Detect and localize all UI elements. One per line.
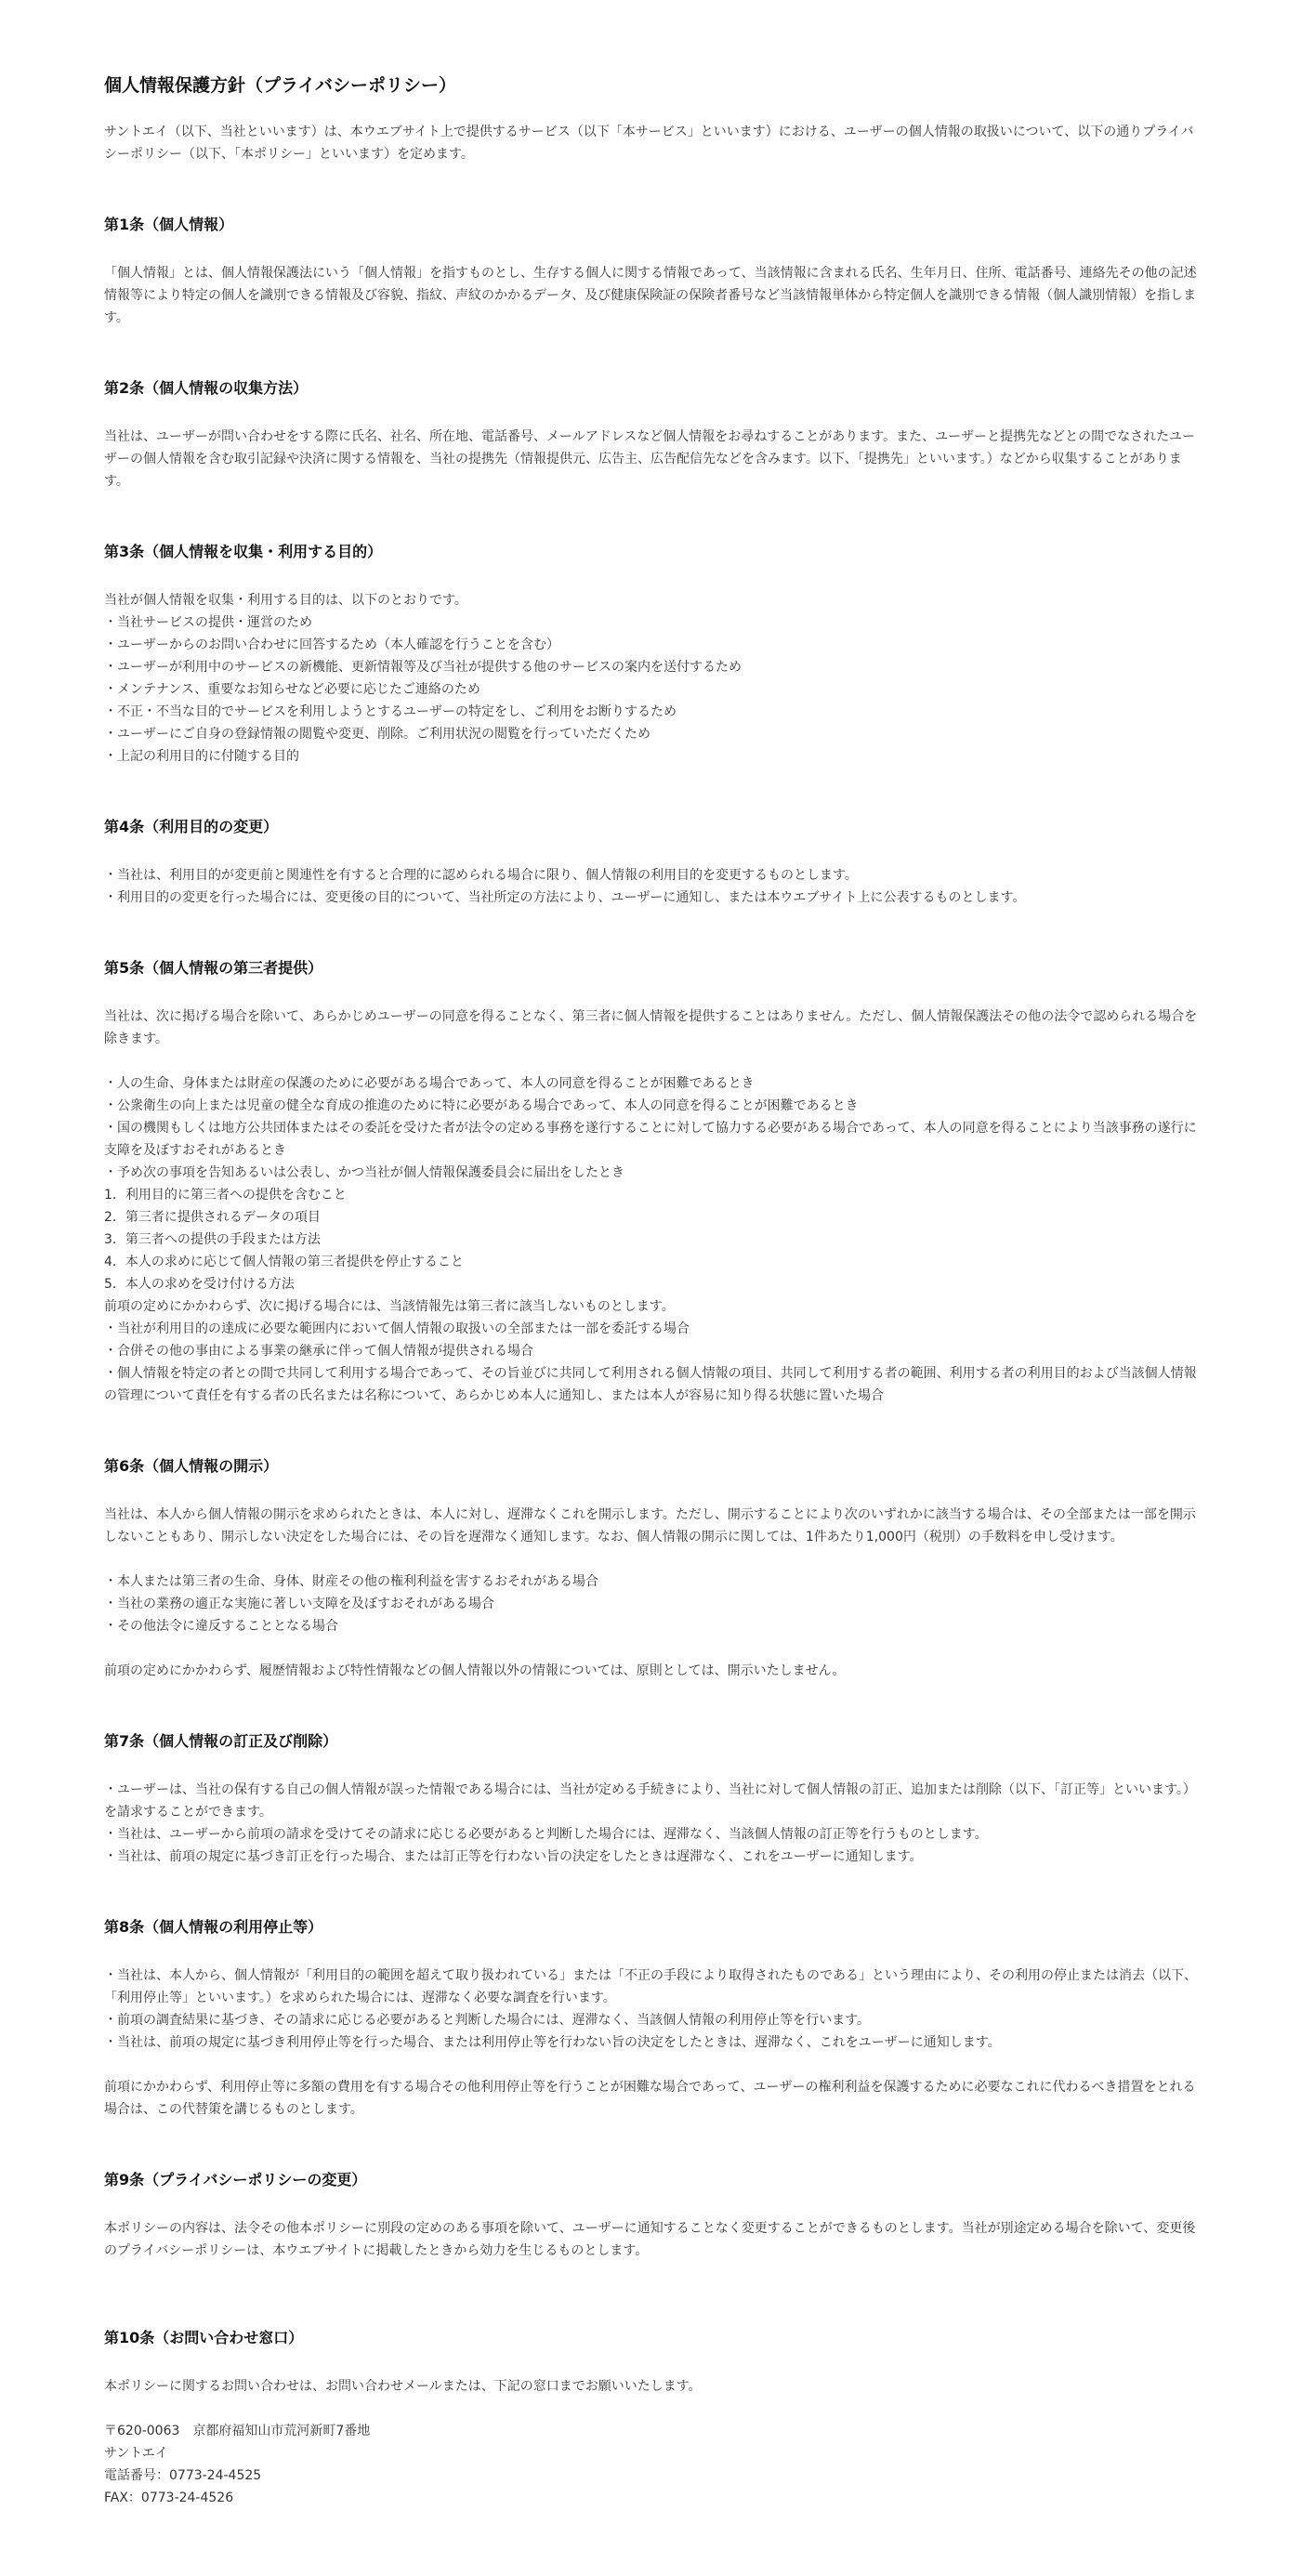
policy-section-9: 第9条（プライバシーポリシーの変更） 本ポリシーの内容は、法令その他本ポリシーに… <box>104 2169 1201 2279</box>
bullet-item: ・本人または第三者の生命、身体、財産その他の権利利益を害するおそれがある場合 <box>104 1571 1201 1593</box>
bullet-item: ・前項の調査結果に基づき、その請求に応じる必要があると判断した場合には、遅滞なく… <box>104 2009 1201 2031</box>
bullet-item: ・当社サービスの提供・運営のため <box>104 611 1201 634</box>
bullet-item: ・人の生命、身体または財産の保護のために必要がある場合であって、本人の同意を得る… <box>104 1072 1201 1095</box>
bullet-item: ・当社は、前項の規定に基づき利用停止等を行った場合、または利用停止等を行わない旨… <box>104 2031 1201 2054</box>
section-line: FAX：0773-24-4526 <box>104 2487 1201 2509</box>
blank-line <box>104 2054 1201 2076</box>
sections-container: 第1条（個人情報） 「個人情報」とは、個人情報保護法にいう「個人情報」を指すもの… <box>104 214 1201 2509</box>
bullet-item: ・ユーザーにご自身の登録情報の閲覧や変更、削除。ご利用状況の閲覧を行っていただく… <box>104 723 1201 745</box>
policy-section-5: 第5条（個人情報の第三者提供） 当社は、次に掲げる場合を除いて、あらかじめユーザ… <box>104 957 1201 1407</box>
section-body: 「個人情報」とは、個人情報保護法にいう「個人情報」を指すものとし、生存する個人に… <box>104 262 1201 329</box>
section-body: 本ポリシーに関するお問い合わせは、お問い合わせメールまたは、下記の窓口までお願い… <box>104 2375 1201 2509</box>
section-body: ・ユーザーは、当社の保有する自己の個人情報が誤った情報である場合には、当社が定め… <box>104 1779 1201 1868</box>
bullet-item: ・当社は、前項の規定に基づき訂正を行った場合、または訂正等を行わない旨の決定をし… <box>104 1846 1201 1868</box>
bullet-item: ・国の機関もしくは地方公共団体またはその委託を受けた者が法令の定める事務を遂行す… <box>104 1117 1201 1162</box>
section-line: 前項の定めにかかわらず、履歴情報および特性情報などの個人情報以外の情報については… <box>104 1660 1201 1682</box>
section-body: 当社が個人情報を収集・利用する目的は、以下のとおりです。・当社サービスの提供・運… <box>104 589 1201 768</box>
section-line: 当社は、ユーザーが問い合わせをする際に氏名、社名、所在地、電話番号、メールアドレ… <box>104 426 1201 493</box>
section-line: 本ポリシーの内容は、法令その他本ポリシーに別段の定めのある事項を除いて、ユーザー… <box>104 2217 1201 2262</box>
section-heading: 第5条（個人情報の第三者提供） <box>104 957 1201 979</box>
section-heading: 第10条（お問い合わせ窓口） <box>104 2327 1201 2349</box>
section-line: 当社は、次に掲げる場合を除いて、あらかじめユーザーの同意を得ることなく、第三者に… <box>104 1005 1201 1050</box>
bullet-item: ・ユーザーは、当社の保有する自己の個人情報が誤った情報である場合には、当社が定め… <box>104 1779 1201 1823</box>
section-body: ・当社は、本人から、個人情報が「利用目的の範囲を超えて取り扱われている」または「… <box>104 1965 1201 2121</box>
section-body: 本ポリシーの内容は、法令その他本ポリシーに別段の定めのある事項を除いて、ユーザー… <box>104 2217 1201 2279</box>
policy-section-8: 第8条（個人情報の利用停止等） ・当社は、本人から、個人情報が「利用目的の範囲を… <box>104 1916 1201 2121</box>
bullet-item: ・利用目的の変更を行った場合には、変更後の目的について、当社所定の方法により、ユ… <box>104 887 1201 909</box>
bullet-item: ・メンテナンス、重要なお知らせなど必要に応じたご連絡のため <box>104 678 1201 701</box>
page-title: 個人情報保護方針（プライバシーポリシー） <box>104 72 1201 99</box>
section-line: 当社は、本人から個人情報の開示を求められたときは、本人に対し、遅滞なくこれを開示… <box>104 1504 1201 1548</box>
section-line: 4．本人の求めに応じて個人情報の第三者提供を停止すること <box>104 1251 1201 1273</box>
bullet-item: ・合併その他の事由による事業の継承に伴って個人情報が提供される場合 <box>104 1340 1201 1362</box>
bullet-item: ・その他法令に違反することとなる場合 <box>104 1615 1201 1637</box>
section-heading: 第7条（個人情報の訂正及び削除） <box>104 1730 1201 1753</box>
section-body: 当社は、ユーザーが問い合わせをする際に氏名、社名、所在地、電話番号、メールアドレ… <box>104 426 1201 493</box>
section-heading: 第4条（利用目的の変更） <box>104 816 1201 838</box>
bullet-item: ・当社が利用目的の達成に必要な範囲内において個人情報の取扱いの全部または一部を委… <box>104 1318 1201 1340</box>
blank-line <box>104 2398 1201 2420</box>
section-line: 〒620-0063 京都府福知山市荒河新町7番地 <box>104 2420 1201 2442</box>
bullet-item: ・不正・不当な目的でサービスを利用しようとするユーザーの特定をし、ご利用をお断り… <box>104 701 1201 723</box>
section-line: サントエイ <box>104 2442 1201 2464</box>
bullet-item: ・当社は、ユーザーから前項の請求を受けてその請求に応じる必要があると判断した場合… <box>104 1823 1201 1846</box>
policy-section-10: 第10条（お問い合わせ窓口） 本ポリシーに関するお問い合わせは、お問い合わせメー… <box>104 2327 1201 2509</box>
section-body: 当社は、本人から個人情報の開示を求められたときは、本人に対し、遅滞なくこれを開示… <box>104 1504 1201 1682</box>
policy-section-3: 第3条（個人情報を収集・利用する目的） 当社が個人情報を収集・利用する目的は、以… <box>104 541 1201 768</box>
spacer <box>104 2262 1201 2279</box>
section-body: ・当社は、利用目的が変更前と関連性を有すると合理的に認められる場合に限り、個人情… <box>104 864 1201 909</box>
section-line: 当社が個人情報を収集・利用する目的は、以下のとおりです。 <box>104 589 1201 611</box>
blank-line <box>104 1548 1201 1571</box>
section-heading: 第2条（個人情報の収集方法） <box>104 377 1201 400</box>
section-line: 2．第三者に提供されるデータの項目 <box>104 1206 1201 1229</box>
section-heading: 第1条（個人情報） <box>104 214 1201 236</box>
bullet-item: ・公衆衛生の向上または児童の健全な育成の推進のために特に必要がある場合であって、… <box>104 1095 1201 1117</box>
intro-paragraph: サントエイ（以下、当社といいます）は、本ウエブサイト上で提供するサービス（以下「… <box>104 121 1201 165</box>
section-line: 5．本人の求めを受け付ける方法 <box>104 1273 1201 1295</box>
section-line: 本ポリシーに関するお問い合わせは、お問い合わせメールまたは、下記の窓口までお願い… <box>104 2375 1201 2398</box>
section-line: 3．第三者への提供の手段または方法 <box>104 1229 1201 1251</box>
bullet-item: ・当社の業務の適正な実施に著しい支障を及ぼすおそれがある場合 <box>104 1593 1201 1615</box>
policy-section-2: 第2条（個人情報の収集方法） 当社は、ユーザーが問い合わせをする際に氏名、社名、… <box>104 377 1201 493</box>
blank-line <box>104 1637 1201 1660</box>
section-line: 1．利用目的に第三者への提供を含むこと <box>104 1184 1201 1206</box>
section-heading: 第8条（個人情報の利用停止等） <box>104 1916 1201 1939</box>
section-heading: 第6条（個人情報の開示） <box>104 1455 1201 1478</box>
policy-section-1: 第1条（個人情報） 「個人情報」とは、個人情報保護法にいう「個人情報」を指すもの… <box>104 214 1201 329</box>
bullet-item: ・当社は、本人から、個人情報が「利用目的の範囲を超えて取り扱われている」または「… <box>104 1965 1201 2009</box>
section-line: 電話番号：0773-24-4525 <box>104 2464 1201 2487</box>
blank-line <box>104 1050 1201 1072</box>
section-line: 前項の定めにかかわらず、次に掲げる場合には、当該情報先は第三者に該当しないものと… <box>104 1295 1201 1318</box>
privacy-policy-document: 個人情報保護方針（プライバシーポリシー） サントエイ（以下、当社といいます）は、… <box>104 72 1201 2509</box>
bullet-item: ・ユーザーからのお問い合わせに回答するため（本人確認を行うことを含む） <box>104 634 1201 656</box>
bullet-item: ・個人情報を特定の者との間で共同して利用する場合であって、その旨並びに共同して利… <box>104 1362 1201 1407</box>
section-heading: 第9条（プライバシーポリシーの変更） <box>104 2169 1201 2191</box>
bullet-item: ・ユーザーが利用中のサービスの新機能、更新情報等及び当社が提供する他のサービスの… <box>104 656 1201 678</box>
section-heading: 第3条（個人情報を収集・利用する目的） <box>104 541 1201 563</box>
policy-section-4: 第4条（利用目的の変更） ・当社は、利用目的が変更前と関連性を有すると合理的に認… <box>104 816 1201 909</box>
section-line: 「個人情報」とは、個人情報保護法にいう「個人情報」を指すものとし、生存する個人に… <box>104 262 1201 329</box>
bullet-item: ・予め次の事項を告知あるいは公表し、かつ当社が個人情報保護委員会に届出をしたとき <box>104 1162 1201 1184</box>
policy-section-7: 第7条（個人情報の訂正及び削除） ・ユーザーは、当社の保有する自己の個人情報が誤… <box>104 1730 1201 1868</box>
policy-section-6: 第6条（個人情報の開示） 当社は、本人から個人情報の開示を求められたときは、本人… <box>104 1455 1201 1682</box>
bullet-item: ・上記の利用目的に付随する目的 <box>104 745 1201 768</box>
bullet-item: ・当社は、利用目的が変更前と関連性を有すると合理的に認められる場合に限り、個人情… <box>104 864 1201 887</box>
section-body: 当社は、次に掲げる場合を除いて、あらかじめユーザーの同意を得ることなく、第三者に… <box>104 1005 1201 1407</box>
section-line: 前項にかかわらず、利用停止等に多額の費用を有する場合その他利用停止等を行うことが… <box>104 2076 1201 2121</box>
